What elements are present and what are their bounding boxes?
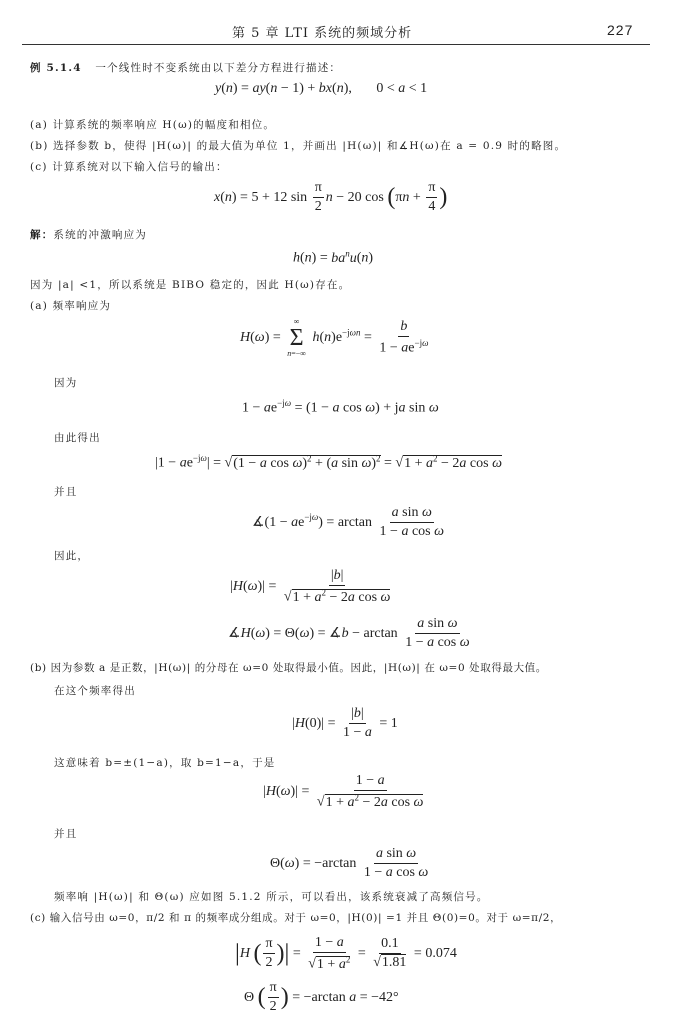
task-b: (b) 选择参数 b，使得 |H(ω)| 的最大值为单位 1，并画出 |H(ω)… [30, 138, 566, 153]
sqrt-arg-value: 1.81 [381, 954, 407, 970]
frequency-response-equation: H(ω) = ∞Σn=−∞ h(n)e−jωn = b1 − ae−jω [240, 318, 432, 358]
input-signal-equation: x(n) = 5 + 12 sin π2n − 20 cos (πn + π4) [214, 180, 447, 215]
H-phase-equation: ∡H(ω) = Θ(ω) = ∡b − arctan a sin ω1 − a … [228, 616, 474, 651]
task-c: (c) 计算系统对以下输入信号的输出： [30, 159, 228, 174]
H-magnitude-final-equation: |H(ω)| = 1 − a√1 + a2 − 2a cos ω [263, 773, 427, 811]
and-label-1: 并且 [54, 484, 77, 499]
part-a-intro: (a) 频率响应为 [30, 298, 111, 313]
theta-pi-over-2-equation: Θ (π2) = −arctan a = −42° [244, 980, 399, 1013]
difference-equation: y(n) = ay(n − 1) + bx(n), 0 < a < 1 [215, 81, 427, 97]
chapter-header: 第 5 章 LTI 系统的频域分析 [232, 22, 412, 41]
because-label: 因为 [54, 375, 77, 390]
expansion-equation: 1 − ae−jω = (1 − a cos ω) + ja sin ω [242, 398, 439, 417]
at-frequency-label: 在这个频率得出 [54, 683, 136, 698]
example-heading: 例 5.1.4 一个线性时不变系统由以下差分方程进行描述： [30, 60, 341, 75]
stability-text: 因为 |a| <1，所以系统是 BIBO 稳定的，因此 H(ω)存在。 [30, 277, 350, 292]
angle-equation: ∡(1 − ae−jω) = arctan a sin ω1 − a cos ω [252, 505, 448, 540]
page-number: 227 [607, 22, 633, 38]
theta-equation: Θ(ω) = −arctan a sin ω1 − a cos ω [270, 846, 432, 881]
example-intro: 一个线性时不变系统由以下差分方程进行描述： [95, 62, 341, 74]
task-a: (a) 计算系统的频率响应 H(ω)的幅度和相位。 [30, 117, 275, 132]
H0-equation: |H(0)| = |b|1 − a = 1 [292, 706, 398, 741]
numerator-value: 0.1 [379, 936, 401, 954]
figure-note: 频率响 |H(ω)| 和 Θ(ω) 应如图 5.1.2 所示，可以看出，该系统衰… [54, 889, 489, 904]
H-pi-over-2-equation: |H (π2)| = 1 − a√1 + a2 = 0.1√1.81 = 0.0… [235, 935, 457, 973]
H-magnitude-equation: |H(ω)| = |b|√1 + a2 − 2a cos ω [230, 568, 394, 606]
H-pi-over-2-value: 0.074 [425, 946, 457, 961]
b-choice-text: 这意味着 b=±(1−a)，取 b=1−a，于是 [54, 755, 275, 770]
example-label: 例 5.1.4 [30, 62, 82, 74]
part-b-text: (b) 因为参数 a 是正数，|H(ω)| 的分母在 ω=0 处取得最小值。因此… [30, 660, 547, 675]
solution-label: 解： [30, 229, 53, 241]
part-c-text: (c) 输入信号由 ω=0，π/2 和 π 的频率成分组成。对于 ω=0，|H(… [30, 910, 561, 925]
solution-heading: 解：系统的冲激响应为 [30, 227, 147, 242]
hence-label: 由此得出 [54, 430, 101, 445]
header-rule [22, 44, 650, 45]
impulse-response-equation: h(n) = banu(n) [293, 248, 373, 267]
therefore-label: 因此， [54, 548, 89, 563]
impulse-intro: 系统的冲激响应为 [53, 229, 147, 241]
and-label-2: 并且 [54, 826, 77, 841]
theta-pi-over-2-value: −42° [371, 990, 399, 1005]
magnitude-equation: |1 − ae−jω| = √(1 − a cos ω)2 + (a sin ω… [155, 453, 502, 472]
